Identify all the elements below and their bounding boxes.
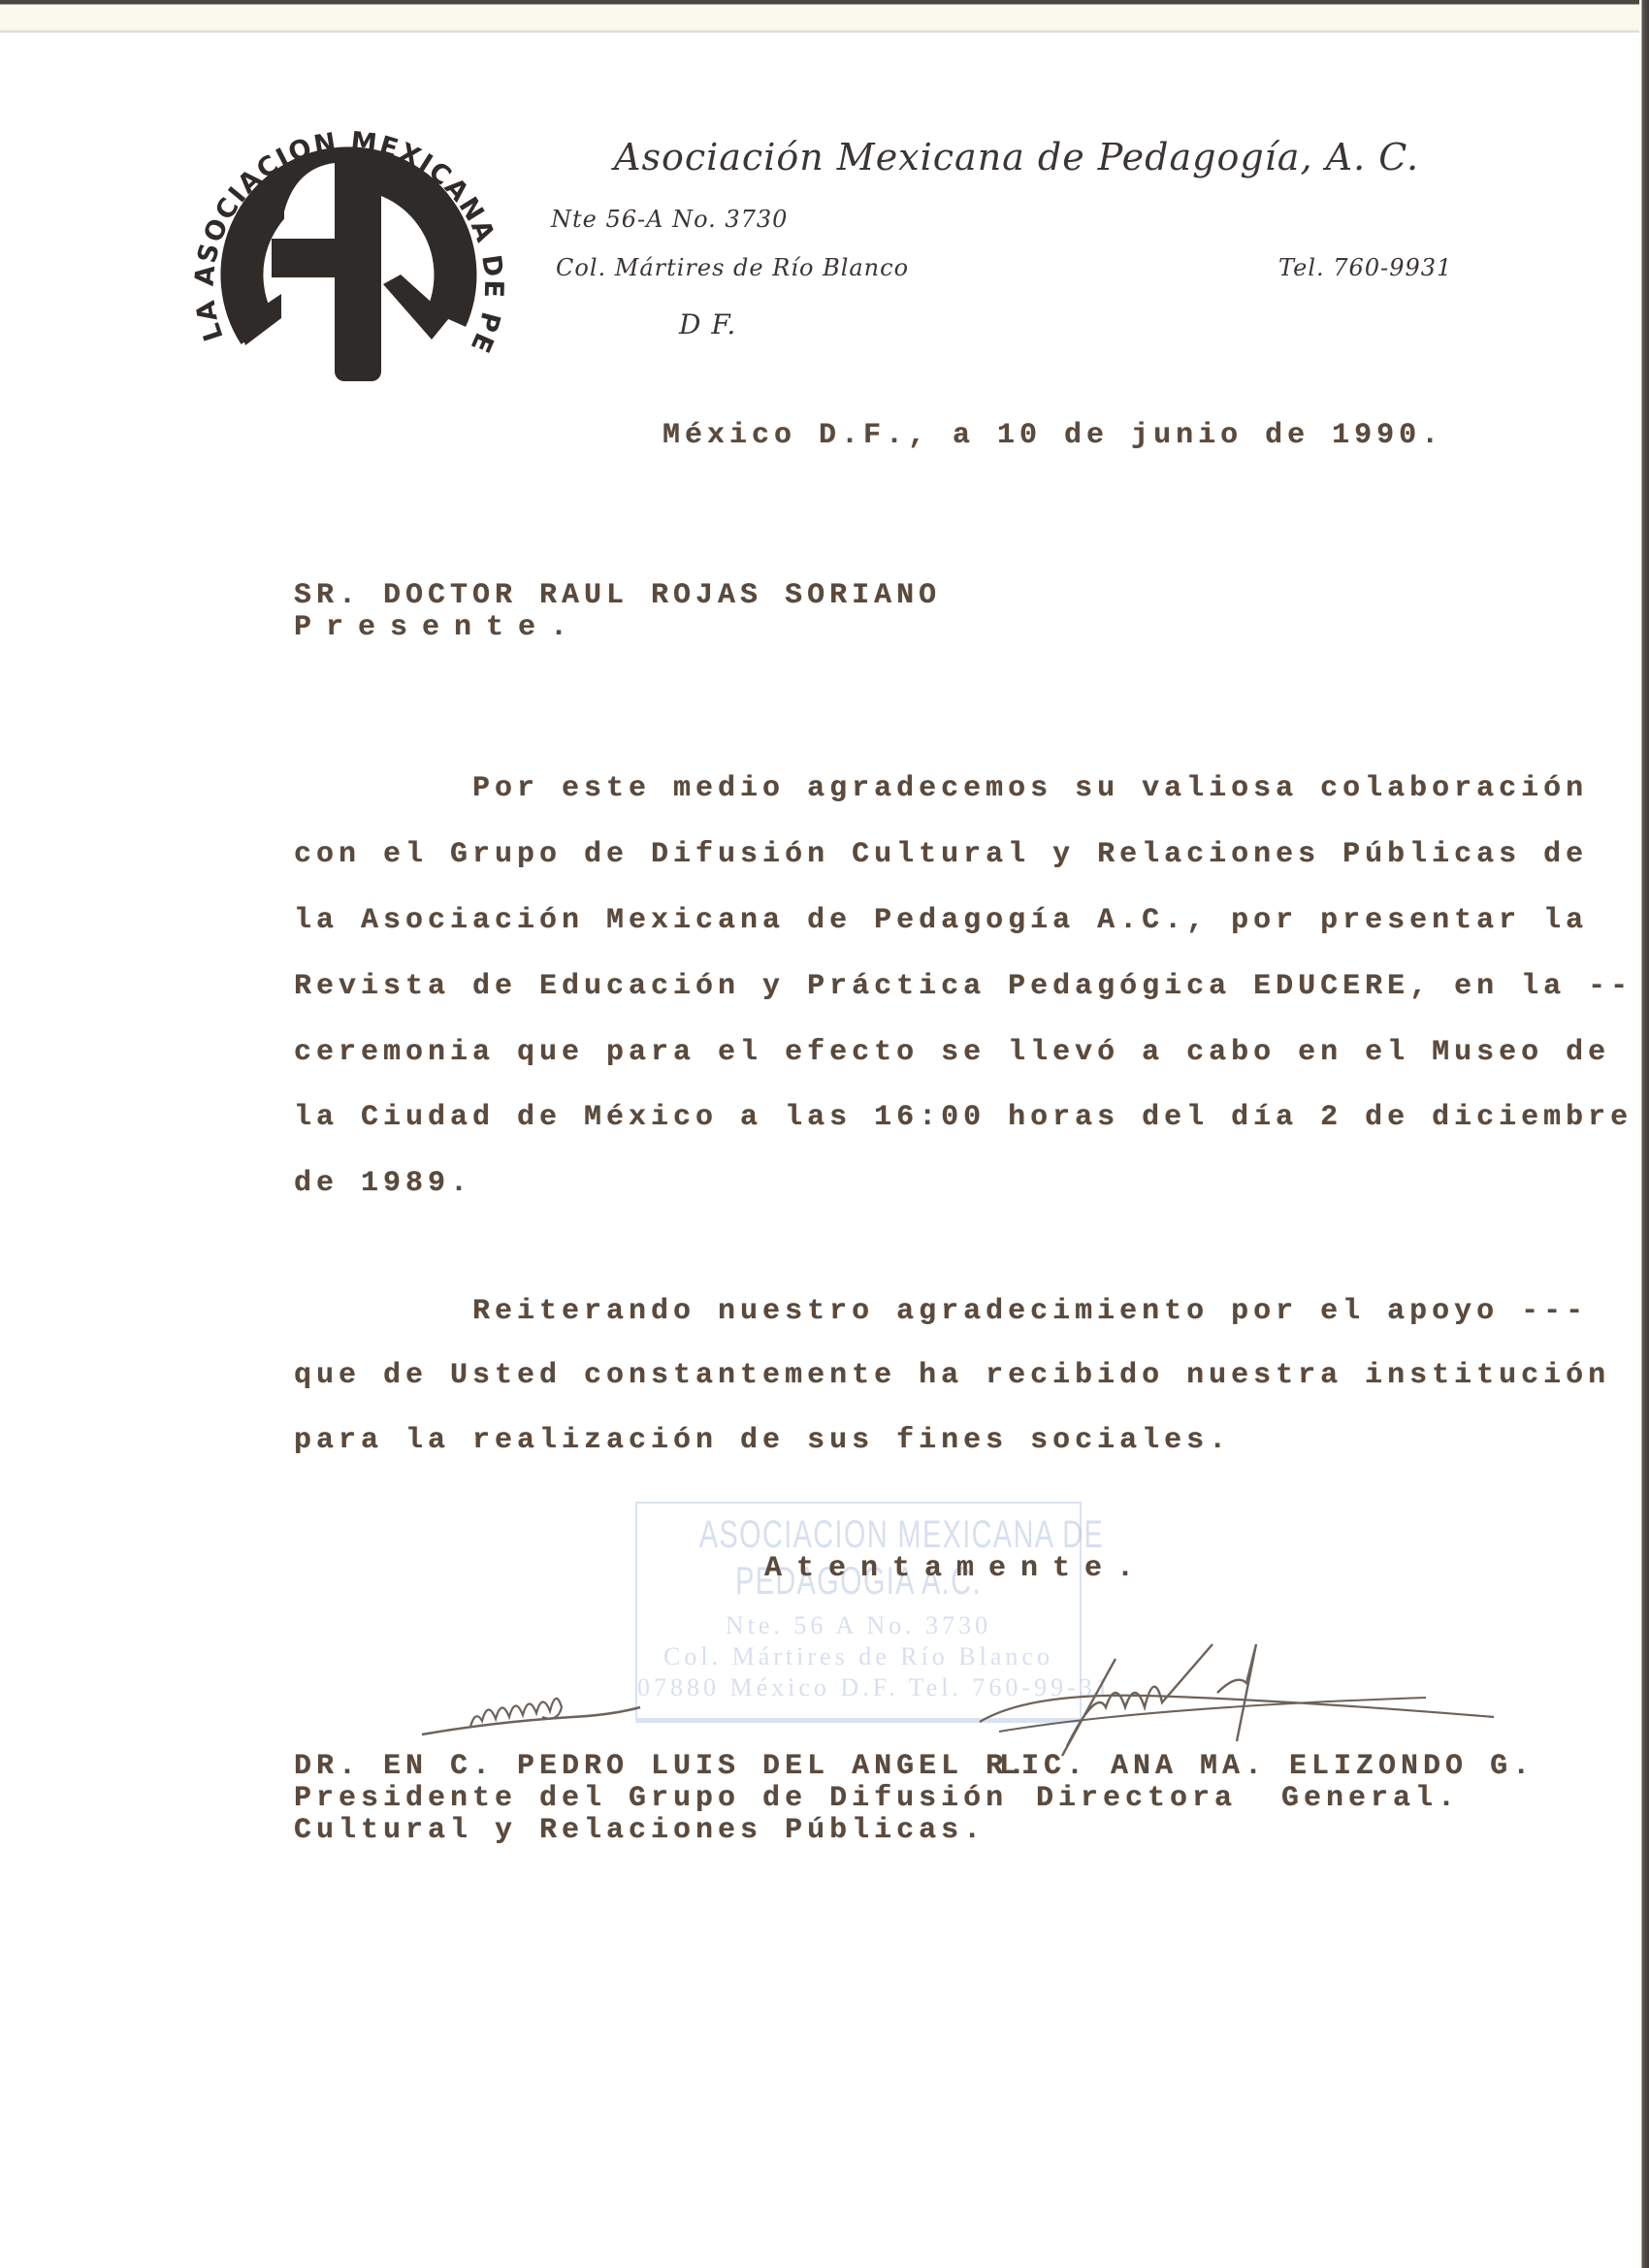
body-paragraph1-line: Por este medio agradecemos su valiosa co… <box>294 772 1588 805</box>
body-paragraph1-line: de 1989. <box>294 1167 472 1200</box>
signatory-left-name: DR. EN C. PEDRO LUIS DEL ANGEL R. <box>294 1750 1030 1783</box>
signature-left-icon <box>417 1669 669 1756</box>
letterhead-address-colonia: Col. Mártires de Río Blanco <box>556 254 909 281</box>
signatory-right-title: Directora General. <box>1036 1782 1460 1815</box>
body-paragraph1-line: ceremonia que para el efecto se llevó a … <box>294 1036 1610 1069</box>
signatory-left-title: Cultural y Relaciones Públicas. <box>294 1814 986 1847</box>
letterhead-title: Asociación Mexicana de Pedagogía, A. C. <box>614 136 1419 178</box>
body-paragraph1-line: con el Grupo de Difusión Cultural y Rela… <box>294 838 1588 871</box>
letterhead-phone: Tel. 760-9931 <box>1278 254 1452 281</box>
signatory-right-name: LIC. ANA MA. ELIZONDO G. <box>999 1750 1535 1783</box>
signatory-left-title: Presidente del Grupo de Difusión <box>294 1782 1008 1815</box>
body-paragraph2-line: que de Usted constantemente ha recibido … <box>294 1359 1610 1392</box>
scan-edge-right <box>1639 0 1649 2268</box>
body-paragraph1-line: Revista de Educación y Práctica Pedagógi… <box>294 970 1633 1003</box>
body-paragraph2-line: Reiterando nuestro agradecimiento por el… <box>294 1295 1588 1328</box>
letterhead-city: D F. <box>679 308 736 340</box>
body-paragraph1-line: la Ciudad de México a las 16:00 horas de… <box>294 1101 1633 1134</box>
letterhead-address-street: Nte 56-A No. 3730 <box>551 206 788 233</box>
stamp-line: Nte. 56 A No. 3730 <box>637 1610 1080 1641</box>
stamp-line: ASOCIACION MEXICANA DE <box>699 1513 1018 1556</box>
body-paragraph2-line: para la realización de sus fines sociale… <box>294 1424 1231 1457</box>
signature-right-icon <box>970 1639 1513 1766</box>
closing-atentamente: Atentamente. <box>764 1552 1148 1585</box>
recipient-salutation: Presente. <box>294 611 582 644</box>
scan-edge-top <box>0 0 1649 33</box>
letter-date: México D.F., a 10 de junio de 1990. <box>663 419 1443 452</box>
body-paragraph1-line: la Asociación Mexicana de Pedagogía A.C.… <box>294 904 1588 937</box>
association-logo: LA ASOCIACION MEXICANA DE PEDAGOGIA A.C. <box>189 85 509 396</box>
recipient-name: SR. DOCTOR RAUL ROJAS SORIANO <box>294 579 941 612</box>
